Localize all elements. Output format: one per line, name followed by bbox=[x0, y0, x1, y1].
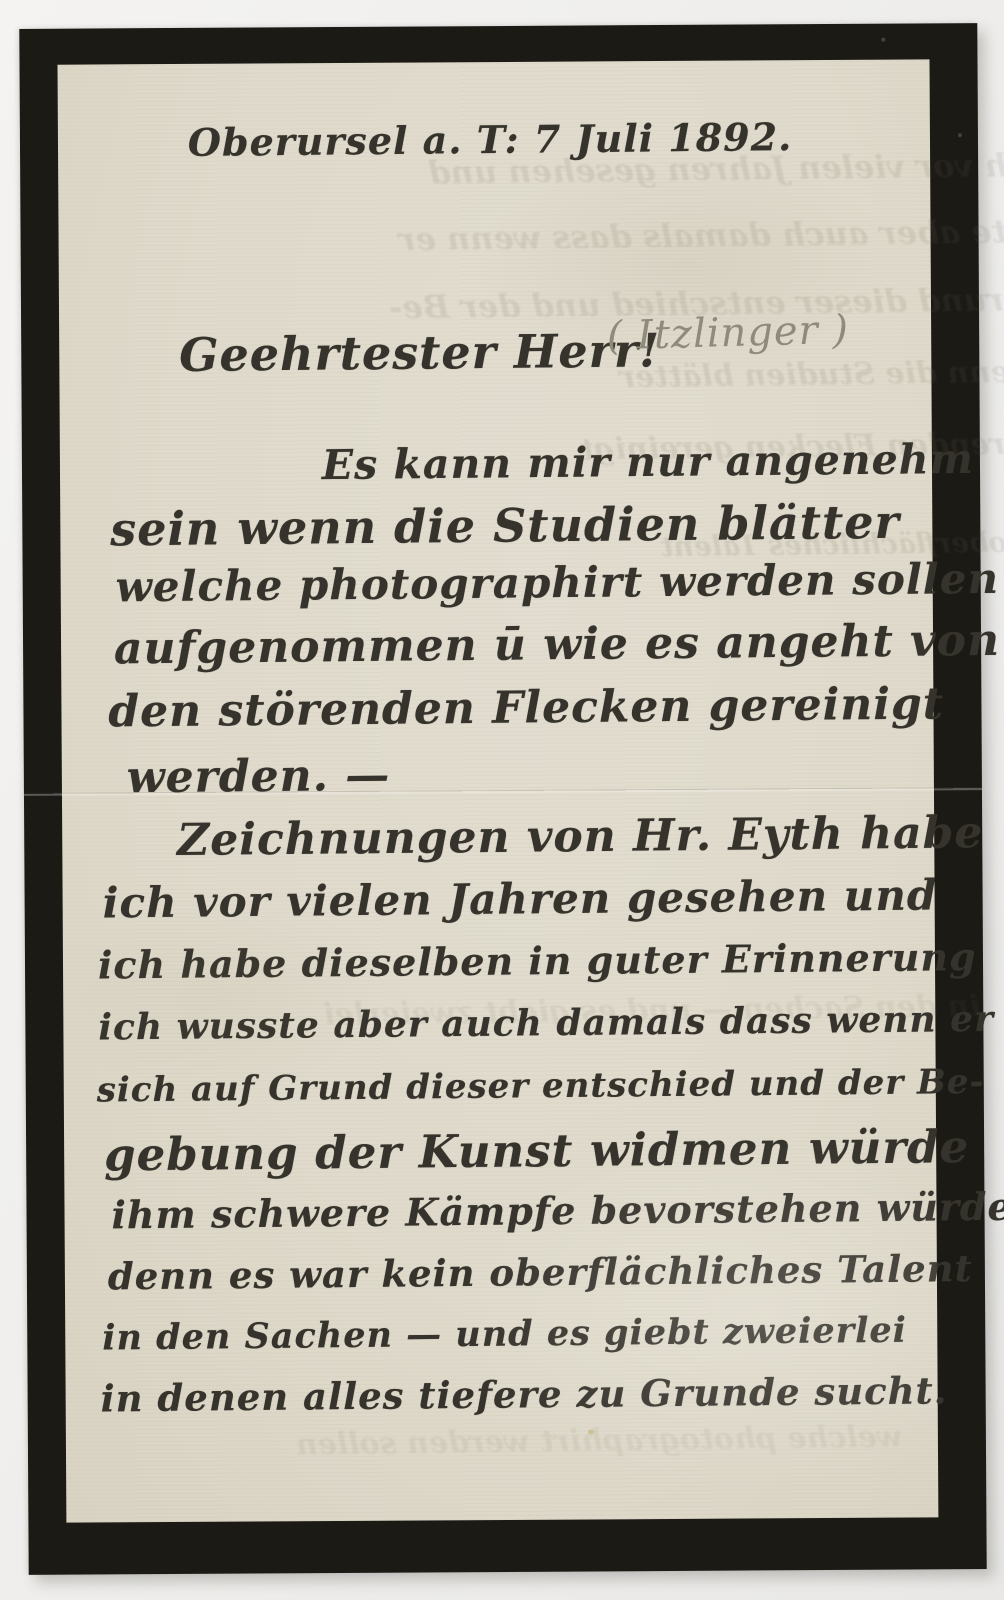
handwriting-line: in denen alles tiefere zu Grunde sucht. bbox=[100, 1372, 947, 1417]
handwriting-line: denn es war kein oberflächliches Talent bbox=[108, 1250, 973, 1295]
handwriting-line: aufgenommen ū wie es angeht von bbox=[114, 619, 1000, 672]
pencil-annotation: ( Itzlinger ) bbox=[606, 310, 849, 357]
handwriting-line: sein wenn die Studien blätter bbox=[110, 499, 900, 553]
letter-card: ich vor vielen Jahren gesehen und ich wu… bbox=[19, 23, 986, 1575]
handwriting-line: den störenden Flecken gereinigt bbox=[108, 682, 944, 734]
handwriting-line: in den Sachen — und es giebt zweierlei bbox=[102, 1313, 907, 1356]
handwriting-line: sich auf Grund dieser entschied und der … bbox=[97, 1065, 985, 1108]
bleed-through-line: welche photographirt werden sollen bbox=[296, 1422, 903, 1460]
handwriting-line: ich habe dieselben in guter Erinnerung bbox=[98, 938, 977, 984]
handwriting-line: ich vor vielen Jahren gesehen und bbox=[102, 874, 937, 924]
handwriting-line: ich wusste aber auch damals dass wenn er bbox=[98, 1001, 994, 1046]
handwriting-line: gebung der Kunst widmen würde bbox=[104, 1124, 970, 1177]
handwriting-line: Zeichnungen von Hr. Eyth habe bbox=[177, 811, 984, 863]
border-speck bbox=[958, 133, 962, 137]
paper-speck bbox=[588, 1429, 594, 1434]
handwriting-line: Es kann mir nur angenehm bbox=[322, 439, 974, 486]
handwriting-line: werden. — bbox=[127, 754, 391, 801]
handwriting-line: welche photographirt werden sollen bbox=[115, 558, 999, 608]
bleed-through-line: ich wusste aber auch damals dass wenn er bbox=[398, 213, 1004, 255]
letter-paper: ich vor vielen Jahren gesehen und ich wu… bbox=[58, 59, 939, 1522]
letter-salutation: Geehrtester Herr! bbox=[179, 327, 660, 378]
handwriting-line: ihm schwere Kämpfe bevorstehen würden. bbox=[111, 1187, 1004, 1234]
letter-dateline: Oberursel a. T: 7 Juli 1892. bbox=[188, 118, 793, 162]
border-speck bbox=[881, 38, 885, 42]
bleed-through-line: sein wenn die Studien blätter bbox=[619, 357, 1004, 393]
